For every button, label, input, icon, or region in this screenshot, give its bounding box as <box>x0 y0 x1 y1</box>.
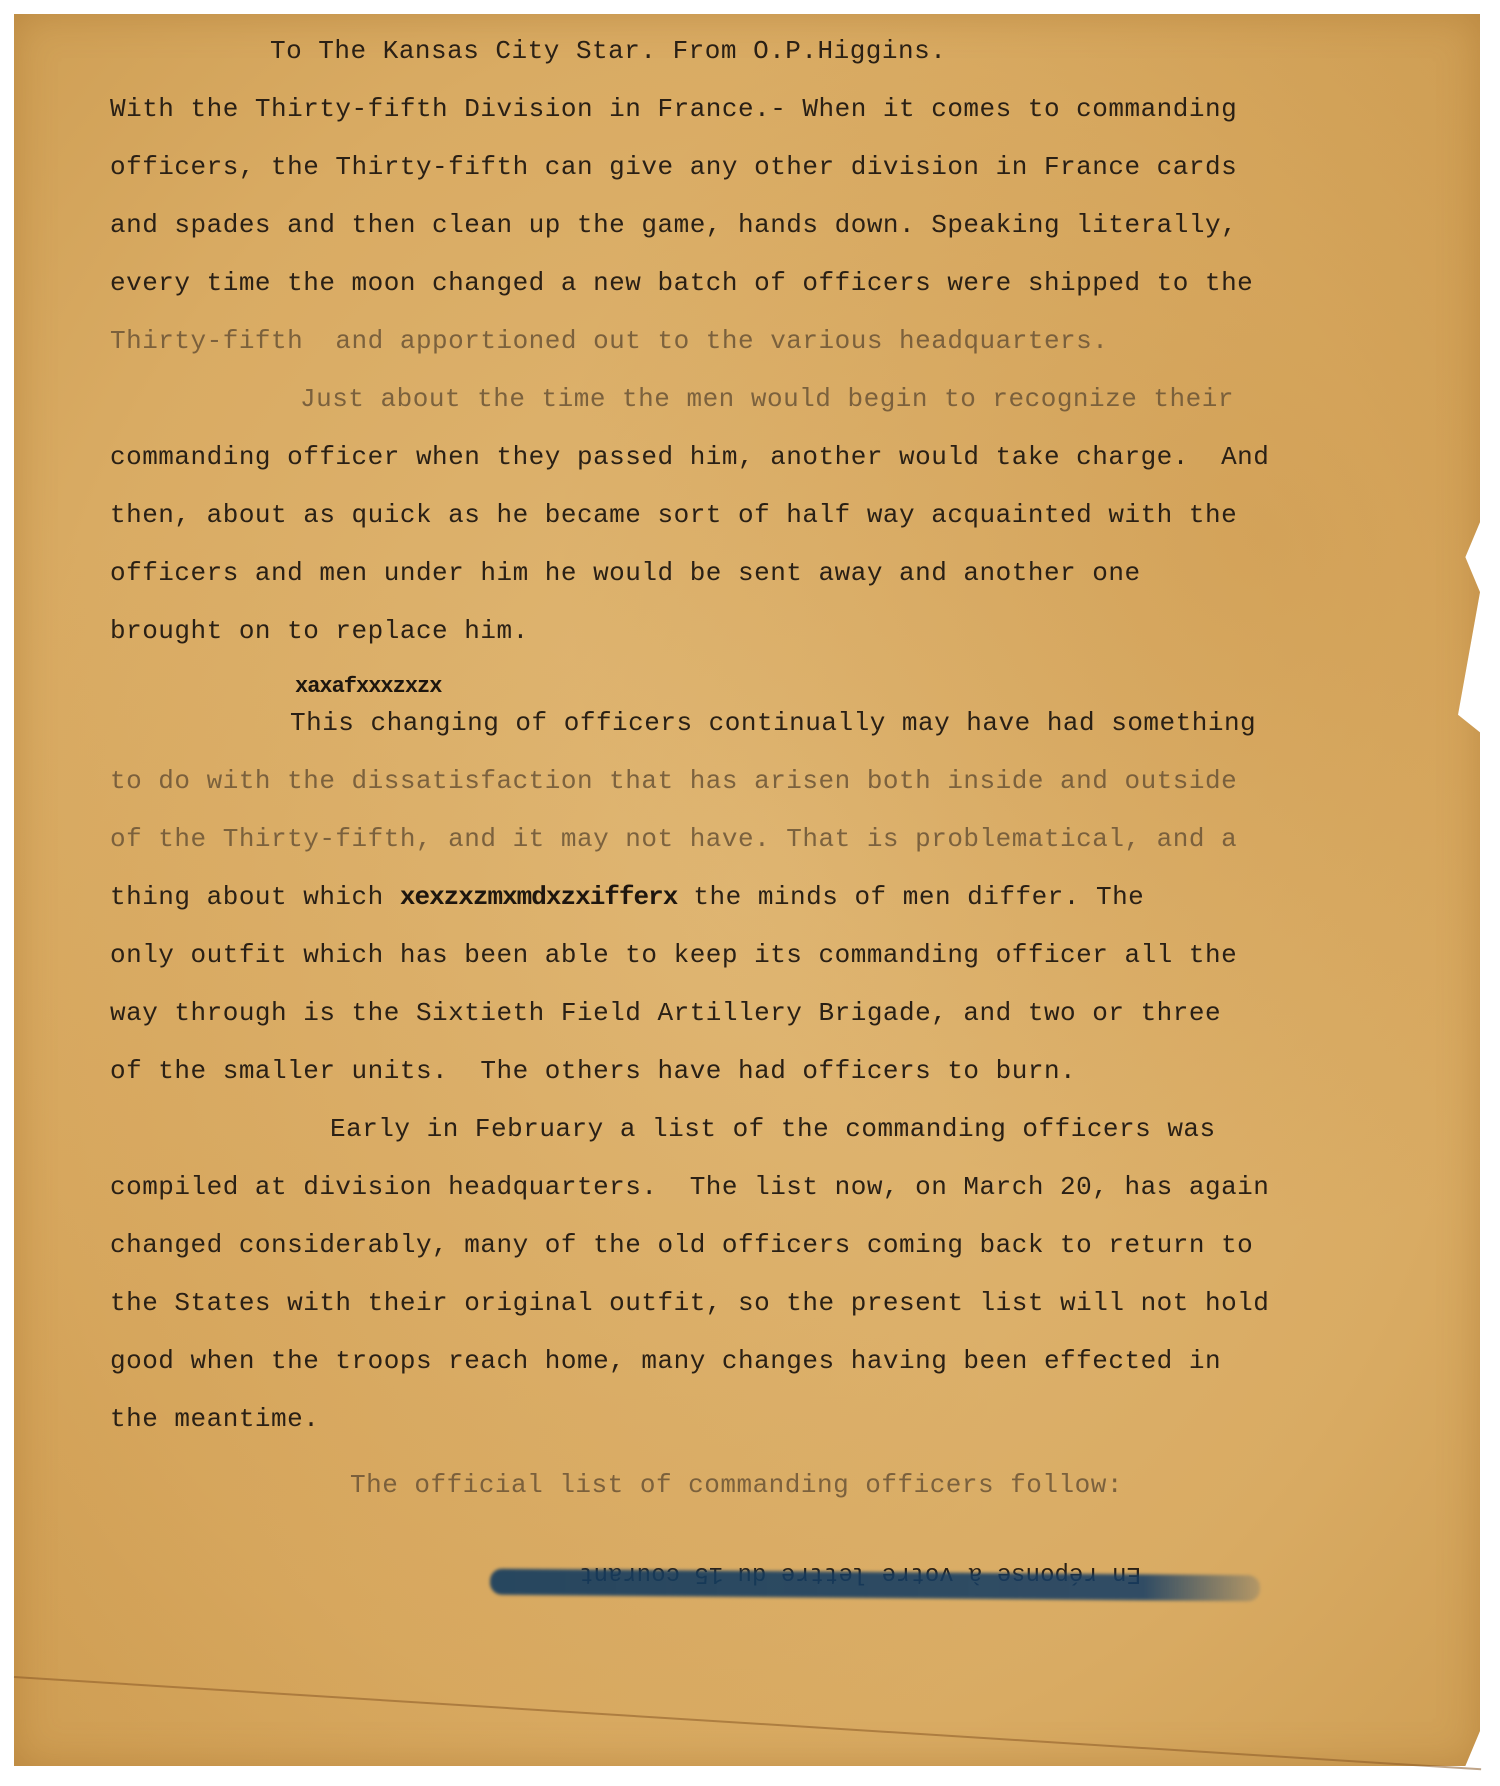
text-line: Just about the time the men would begin … <box>300 384 1234 414</box>
header-line: To The Kansas City Star. From O.P.Higgin… <box>270 36 946 66</box>
struck-out-text: xaxafxxxzxzx <box>295 674 441 699</box>
text-line: way through is the Sixtieth Field Artill… <box>110 998 1221 1028</box>
text-line: changed considerably, many of the old of… <box>110 1230 1253 1260</box>
text-line: With the Thirty-fifth Division in France… <box>110 94 1237 124</box>
text-line: commanding officer when they passed him,… <box>110 442 1269 472</box>
text-line: good when the troops reach home, many ch… <box>110 1346 1221 1376</box>
struck-out-text: xexzxzmxmdxzxifferx <box>400 882 677 912</box>
text-line: then, about as quick as he became sort o… <box>110 500 1237 530</box>
text-line: Early in February a list of the commandi… <box>330 1114 1216 1144</box>
text-line: to do with the dissatisfaction that has … <box>110 766 1237 796</box>
text-segment: thing about which <box>110 882 400 912</box>
text-line: Thirty-fifth and apportioned out to the … <box>110 326 1108 356</box>
text-line-with-strike: thing about which xexzxzmxmdxzxifferx th… <box>110 882 1144 912</box>
text-line: officers and men under him he would be s… <box>110 558 1141 588</box>
text-line: compiled at division headquarters. The l… <box>110 1172 1269 1202</box>
text-line: of the Thirty-fifth, and it may not have… <box>110 824 1237 854</box>
text-line: only outfit which has been able to keep … <box>110 940 1237 970</box>
text-line: This changing of officers continually ma… <box>290 708 1256 738</box>
text-line: the meantime. <box>110 1404 319 1434</box>
text-line: every time the moon changed a new batch … <box>110 268 1253 298</box>
text-line: officers, the Thirty-fifth can give any … <box>110 152 1237 182</box>
text-line: and spades and then clean up the game, h… <box>110 210 1237 240</box>
text-line: brought on to replace him. <box>110 616 529 646</box>
text-segment: the minds of men differ. The <box>677 882 1144 912</box>
text-line: The official list of commanding officers… <box>350 1470 1123 1500</box>
text-line: of the smaller units. The others have ha… <box>110 1056 1076 1086</box>
text-line: the States with their original outfit, s… <box>110 1288 1269 1318</box>
